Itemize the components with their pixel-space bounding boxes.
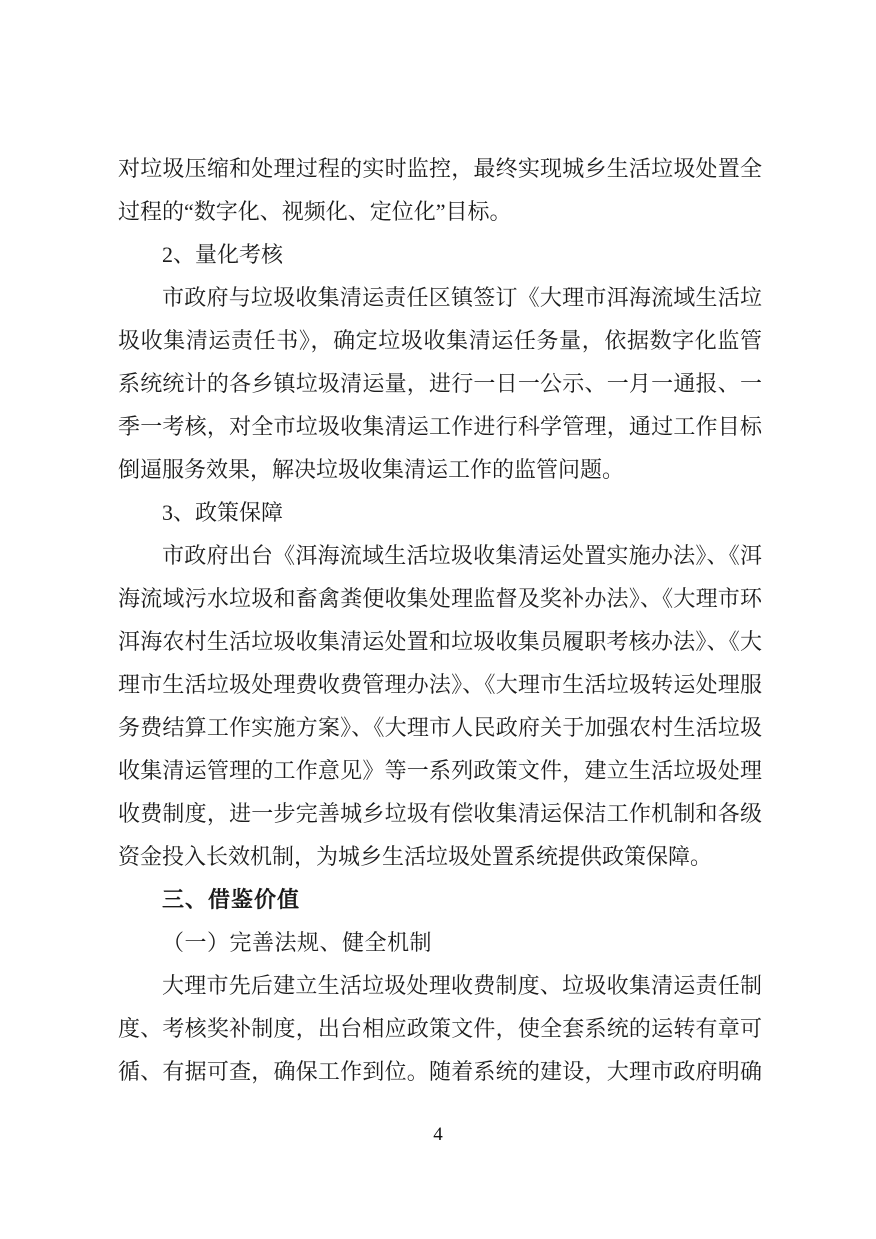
text-line: 市政府与垃圾收集清运责任区镇签订《大理市洱海流域生活垃 <box>118 276 762 319</box>
text-line: 收费制度，进一步完善城乡垃圾有偿收集清运保洁工作机制和各级 <box>118 792 762 835</box>
text-line: 循、有据可查，确保工作到位。随着系统的建设，大理市政府明确 <box>118 1050 762 1093</box>
text-line: 度、考核奖补制度，出台相应政策文件，使全套系统的运转有章可 <box>118 1007 762 1050</box>
numbered-subheading: 3、政策保障 <box>118 491 762 534</box>
text-line: 倒逼服务效果，解决垃圾收集清运工作的监管问题。 <box>118 448 762 491</box>
text-line: 资金投入长效机制，为城乡生活垃圾处置系统提供政策保障。 <box>118 835 762 878</box>
text-line: 海流域污水垃圾和畜禽粪便收集处理监督及奖补办法》、《大理市环 <box>118 577 762 620</box>
text-line: 系统统计的各乡镇垃圾清运量，进行一日一公示、一月一通报、一 <box>118 362 762 405</box>
page-number: 4 <box>0 1120 876 1150</box>
text-line: 理市生活垃圾处理费收费管理办法》、《大理市生活垃圾转运处理服 <box>118 663 762 706</box>
subsection-heading: （一）完善法规、健全机制 <box>118 921 762 964</box>
document-page: 对垃圾压缩和处理过程的实时监控，最终实现城乡生活垃圾处置全 过程的“数字化、视频… <box>0 0 876 1239</box>
text-line: 季一考核，对全市垃圾收集清运工作进行科学管理，通过工作目标 <box>118 405 762 448</box>
text-line: 洱海农村生活垃圾收集清运处置和垃圾收集员履职考核办法》、《大 <box>118 620 762 663</box>
text-line: 务费结算工作实施方案》、《大理市人民政府关于加强农村生活垃圾 <box>118 706 762 749</box>
text-line: 对垃圾压缩和处理过程的实时监控，最终实现城乡生活垃圾处置全 <box>118 147 762 190</box>
text-line: 市政府出台《洱海流域生活垃圾收集清运处置实施办法》、《洱 <box>118 534 762 577</box>
section-heading: 三、借鉴价值 <box>118 878 762 921</box>
text-line: 收集清运管理的工作意见》等一系列政策文件，建立生活垃圾处理 <box>118 749 762 792</box>
text-line: 圾收集清运责任书》，确定垃圾收集清运任务量，依据数字化监管 <box>118 319 762 362</box>
numbered-subheading: 2、量化考核 <box>118 233 762 276</box>
document-body: 对垃圾压缩和处理过程的实时监控，最终实现城乡生活垃圾处置全 过程的“数字化、视频… <box>118 147 762 1093</box>
text-line: 过程的“数字化、视频化、定位化”目标。 <box>118 190 762 233</box>
text-line: 大理市先后建立生活垃圾处理收费制度、垃圾收集清运责任制 <box>118 964 762 1007</box>
